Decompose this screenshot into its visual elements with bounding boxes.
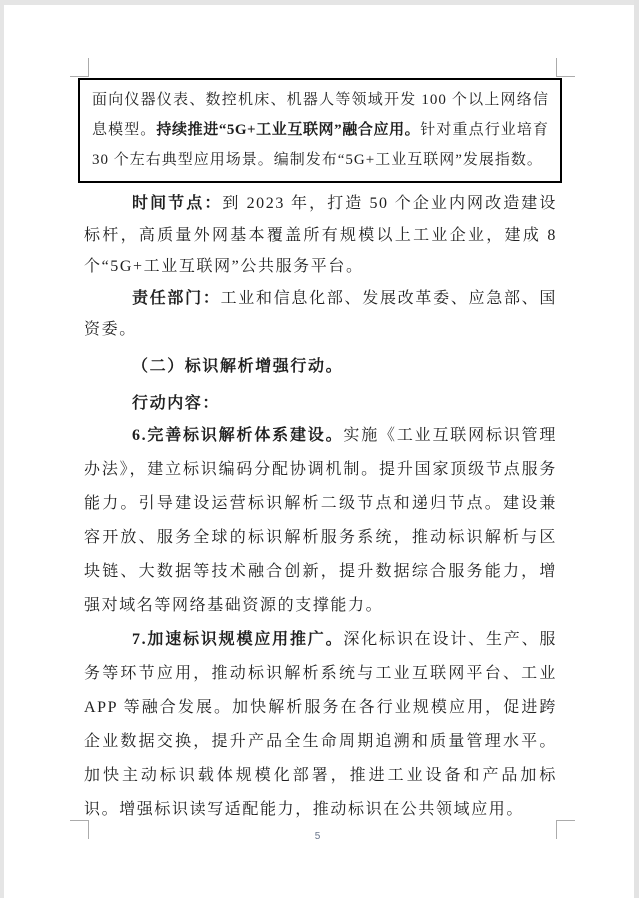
main-text-column: 时间节点：到 2023 年，打造 50 个企业内网改造建设标杆，高质量外网基本覆… <box>84 188 557 827</box>
page-edge-right <box>634 0 639 898</box>
responsible-label: 责任部门： <box>132 290 221 307</box>
callout-text-bold: 持续推进“5G+工业互联网”融合应用。 <box>156 122 420 138</box>
callout-box: 面向仪器仪表、数控机床、机器人等领域开发 100 个以上网络信息模型。持续推进“… <box>78 78 562 183</box>
paragraph-item-7: 7.加速标识规模应用推广。深化标识在设计、生产、服务等环节应用，推动标识解析系统… <box>84 623 557 827</box>
action-content-heading: 行动内容： <box>84 388 557 420</box>
paragraph-responsible-depts: 责任部门：工业和信息化部、发展改革委、应急部、国资委。 <box>84 283 557 346</box>
page-number: 5 <box>0 831 635 842</box>
item-7-label: 7.加速标识规模应用推广。 <box>132 631 343 648</box>
page-edge-left <box>0 0 4 898</box>
section-heading: （二）标识解析增强行动。 <box>84 351 557 383</box>
item-6-text: 实施《工业互联网标识管理办法》，建立标识编码分配协调机制。提升国家顶级节点服务能… <box>84 427 557 614</box>
time-node-label: 时间节点： <box>132 195 222 212</box>
margin-crop-mark-top-left <box>70 58 89 77</box>
paragraph-item-6: 6.完善标识解析体系建设。实施《工业互联网标识管理办法》，建立标识编码分配协调机… <box>84 419 557 623</box>
paragraph-time-node: 时间节点：到 2023 年，打造 50 个企业内网改造建设标杆，高质量外网基本覆… <box>84 188 557 283</box>
document-page: 面向仪器仪表、数控机床、机器人等领域开发 100 个以上网络信息模型。持续推进“… <box>0 0 639 898</box>
item-6-label: 6.完善标识解析体系建设。 <box>132 427 343 444</box>
margin-crop-mark-top-right <box>556 58 575 77</box>
page-edge-top <box>0 0 639 5</box>
item-7-text: 深化标识在设计、生产、服务等环节应用，推动标识解析系统与工业互联网平台、工业 A… <box>84 631 557 818</box>
